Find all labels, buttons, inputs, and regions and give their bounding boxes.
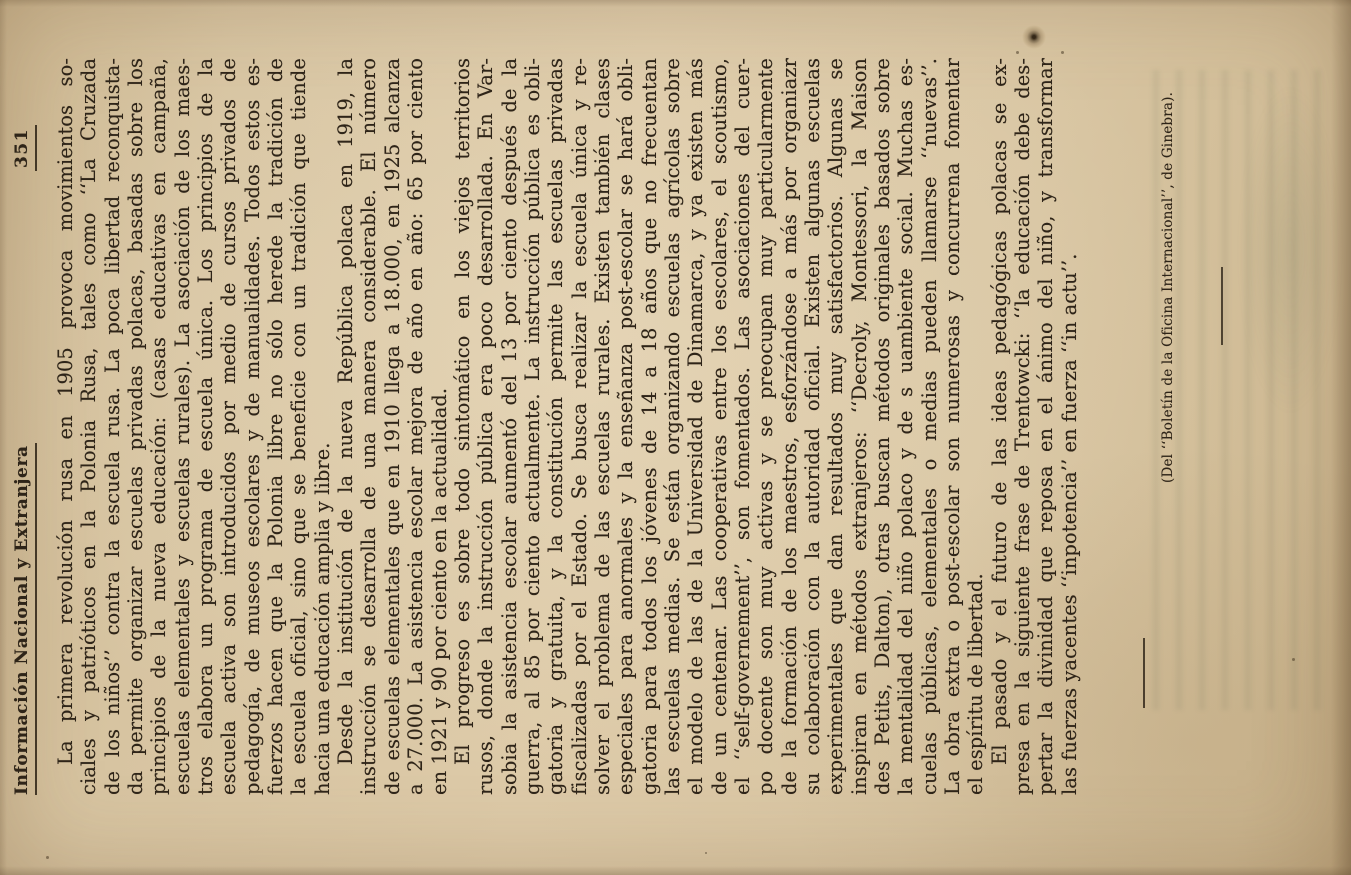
- body-line: la escuela oficial, sino que se benefici…: [287, 58, 310, 795]
- page-number: 351: [12, 125, 37, 171]
- body-line: ciales y patrióticos en la Polonia Rusa,…: [77, 58, 100, 795]
- body-line: solver el problema de las escuelas rural…: [591, 58, 614, 795]
- body-line: da permite organizar escuelas privadas p…: [124, 58, 147, 795]
- paper-speck: [1016, 51, 1019, 54]
- paper-speck: [705, 852, 707, 854]
- body-line: experimentales que dan resultados muy sa…: [824, 58, 847, 795]
- body-line: el espíritu de libertad.: [964, 58, 987, 795]
- body-line: el modelo de las de la Universidad de Di…: [684, 58, 707, 795]
- body-line: escuela activa son introducidos por medi…: [217, 58, 240, 795]
- body-line: gatoria y gratuita, y la constitución pe…: [544, 58, 567, 795]
- bleed-through-blotch: [1238, 85, 1342, 415]
- paper-speck: [46, 856, 49, 859]
- body-line: El progreso es sobre todo sintomático en…: [451, 58, 474, 795]
- body-line: sobia la asistencia escolar aumentó del …: [498, 58, 521, 795]
- body-line: pertar la divinidad que reposa en el áni…: [1034, 58, 1057, 795]
- body-line: la mentalidad del niño polaco y de s uam…: [894, 58, 917, 795]
- body-line: presa en la siguiente frase de Trentowck…: [1011, 58, 1034, 795]
- body-line: La obra extra o post-escolar son numeros…: [941, 58, 964, 795]
- body-line: tros elabora un programa de escuela únic…: [194, 58, 217, 795]
- body-line: a 27.000. La asistencia escolar mejora d…: [404, 58, 427, 795]
- paper-speck: [233, 116, 235, 118]
- body-line: inspiran en métodos extranjeros: ‘‘Decro…: [848, 58, 871, 795]
- body-line: hacia una educación amplia y libre.: [311, 58, 334, 795]
- ink-blot: [1022, 25, 1046, 49]
- body-line: las fuerzas yacentes ‘‘inpotencia’’ en f…: [1058, 58, 1081, 795]
- body-line: en 1921 y 90 por ciento en la actualidad…: [428, 58, 451, 795]
- body-line: el ‘‘self-governement’’, son fomentados.…: [731, 58, 754, 795]
- body-line: de los niños’’ contra la escuela rusa. L…: [101, 58, 124, 795]
- article-body: La primera revolución rusa en 1905 provo…: [54, 58, 1081, 795]
- body-line: escuelas elementales y escuelas rurales)…: [171, 58, 194, 795]
- body-line: des Petits, Dalton), otras buscan método…: [871, 58, 894, 795]
- body-line: pedagogía, de museos escolares y de manu…: [241, 58, 264, 795]
- paper-speck: [1061, 51, 1064, 54]
- body-line: fuerzos hacen que la Polonia libre no só…: [264, 58, 287, 795]
- body-line: po docente son muy activas y se preocupa…: [754, 58, 777, 795]
- body-line: Desde la institución de la nueva Repúbli…: [334, 58, 357, 795]
- page-edge-shadow-left: [0, 0, 7, 875]
- body-line: de la formación de los maestros, esforzá…: [778, 58, 801, 795]
- scanned-page: Información Nacional y Extranjera 351 La…: [0, 0, 1351, 875]
- body-line: instrucción se desarrolla de una manera …: [357, 58, 380, 795]
- body-line: El pasado y el futuro de las ideas pedag…: [988, 58, 1011, 795]
- page-edge-shadow-right: [1331, 0, 1351, 875]
- page-edge-shadow-top: [0, 0, 1351, 7]
- body-line: especiales para anormales y la enseñanza…: [614, 58, 637, 795]
- body-line: fiscalizadas por el Estado. Se busca rea…: [568, 58, 591, 795]
- body-line: su colaboración con la autoridad oficial…: [801, 58, 824, 795]
- running-header-title: Información Nacional y Extranjera: [12, 443, 37, 795]
- body-line: de escuelas elementales que en 1910 lleg…: [381, 58, 404, 795]
- body-line: guerra, al 85 por ciento actualmente. La…: [521, 58, 544, 795]
- body-line: gatoria para todos los jóvenes de 14 a 1…: [638, 58, 661, 795]
- page-edge-shadow-bottom: [0, 866, 1351, 875]
- body-line: las escuelas medias. Se están organizand…: [661, 58, 684, 795]
- body-line: cuelas públicas, elementales o medias pu…: [918, 58, 941, 795]
- body-line: La primera revolución rusa en 1905 provo…: [54, 58, 77, 795]
- body-line: rusos, donde la instrucción pública era …: [474, 58, 497, 795]
- paper-speck: [1292, 658, 1295, 661]
- running-header: Información Nacional y Extranjera 351: [12, 59, 37, 795]
- body-line: de un centenar. Las cooperativas entre l…: [708, 58, 731, 795]
- body-line: principios de la nueva educación: (casas…: [147, 58, 170, 795]
